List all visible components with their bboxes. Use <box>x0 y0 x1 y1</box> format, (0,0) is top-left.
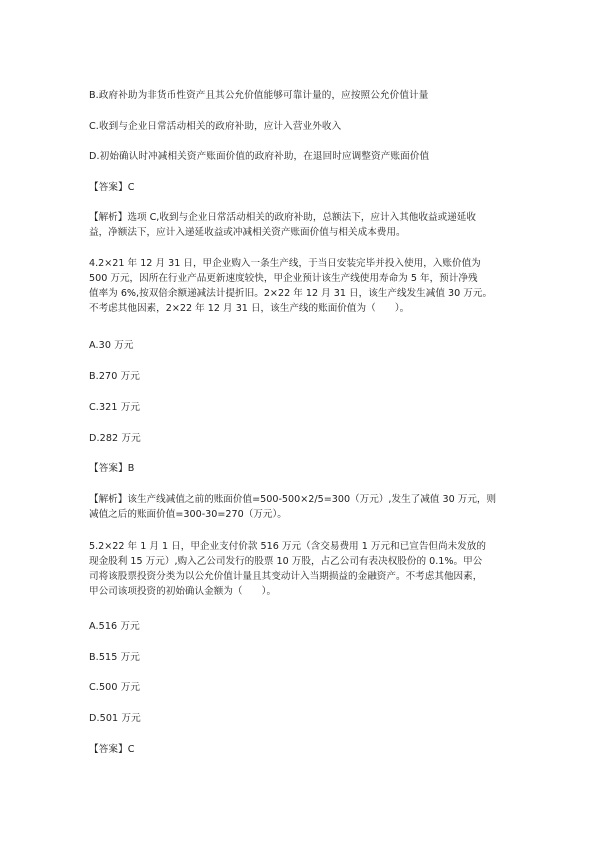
q5-stem-line-2: 现金股利 15 万元）,购入乙公司发行的股票 10 万股，占乙公司有表决权股份的… <box>89 554 509 569</box>
q3-option-b: B.政府补助为非货币性资产且其公允价值能够可靠计量的，应按照公允价值计量 <box>89 89 428 103</box>
q3-analysis-line-2: 益，净额法下，应计入递延收益或冲减相关资产账面价值与相关成本费用。 <box>89 225 509 240</box>
q3-analysis-line-1: 【解析】选项 C,收到与企业日常活动相关的政府补助，总额法下，应计入其他收益或递… <box>89 210 509 225</box>
q3-option-d: D.初始确认时冲减相关资产账面价值的政府补助，在退回时应调整资产账面价值 <box>89 150 429 164</box>
q3-answer: 【答案】C <box>89 181 135 195</box>
q4-stem-line-4: 不考虑其他因素，2×22 年 12 月 31 日，该生产线的账面价值为（ ）。 <box>89 301 509 316</box>
q5-option-d: D.501 万元 <box>89 712 141 726</box>
q5-stem-line-3: 司将该股票投资分类为以公允价值计量且其变动计入当期损益的金融资产。不考虑其他因素… <box>89 569 509 584</box>
q4-analysis: 【解析】该生产线减值之前的账面价值=500-500×2/5=300（万元）,发生… <box>89 492 509 522</box>
q4-stem-line-1: 4.2×21 年 12 月 31 日，甲企业购入一条生产线，于当日安装完毕并投入… <box>89 256 509 271</box>
q4-stem: 4.2×21 年 12 月 31 日，甲企业购入一条生产线，于当日安装完毕并投入… <box>89 256 509 316</box>
q4-stem-line-3: 值率为 6%,按双倍余额递减法计提折旧。2×22 年 12 月 31 日，该生产… <box>89 286 509 301</box>
q4-stem-line-2: 500 万元，因所在行业产品更新速度较快，甲企业预计该生产线使用寿命为 5 年，… <box>89 271 509 286</box>
q5-option-a: A.516 万元 <box>89 620 140 634</box>
q3-analysis: 【解析】选项 C,收到与企业日常活动相关的政府补助，总额法下，应计入其他收益或递… <box>89 210 509 240</box>
q3-option-c: C.收到与企业日常活动相关的政府补助，应计入营业外收入 <box>89 120 341 134</box>
q4-option-b: B.270 万元 <box>89 370 140 384</box>
q5-option-b: B.515 万元 <box>89 651 140 665</box>
q4-option-d: D.282 万元 <box>89 432 141 446</box>
q5-stem: 5.2×22 年 1 月 1 日，甲企业支付价款 516 万元（含交易费用 1 … <box>89 539 509 599</box>
q5-stem-line-1: 5.2×22 年 1 月 1 日，甲企业支付价款 516 万元（含交易费用 1 … <box>89 539 509 554</box>
q4-option-c: C.321 万元 <box>89 401 140 415</box>
q4-analysis-line-1: 【解析】该生产线减值之前的账面价值=500-500×2/5=300（万元）,发生… <box>89 492 509 507</box>
q5-answer: 【答案】C <box>89 743 135 757</box>
q5-option-c: C.500 万元 <box>89 681 140 695</box>
q4-answer: 【答案】B <box>89 462 134 476</box>
q4-analysis-line-2: 减值之后的账面价值=300-30=270（万元）。 <box>89 507 509 522</box>
q4-option-a: A.30 万元 <box>89 339 134 353</box>
q5-stem-line-4: 甲公司该项投资的初始确认金额为（ ）。 <box>89 584 509 599</box>
document-page: B.政府补助为非货币性资产且其公允价值能够可靠计量的，应按照公允价值计量 C.收… <box>0 0 595 841</box>
